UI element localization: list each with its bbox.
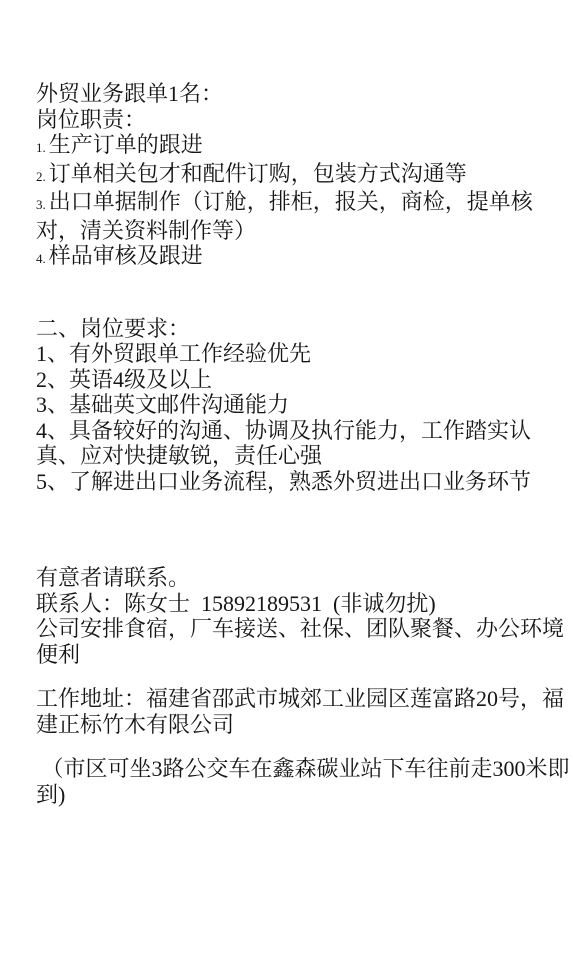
job-posting-document: 外贸业务跟单1名： 岗位职责： 1.生产订单的跟进 2.订单相关包才和配件订购，… — [0, 0, 573, 807]
list-number: 4. — [36, 251, 46, 266]
duty-line: 3.出口单据制作（订舱，排柜，报关，商检，提单核 — [36, 189, 545, 218]
duty-line: 2.订单相关包才和配件订购，包装方式沟通等 — [36, 161, 545, 190]
section-duties: 外贸业务跟单1名： 岗位职责： 1.生产订单的跟进 2.订单相关包才和配件订购，… — [36, 81, 545, 272]
duty-text: 生产订单的跟进 — [49, 132, 203, 157]
requirement-line: 4、具备较好的沟通、协调及执行能力，工作踏实认 — [36, 418, 545, 444]
section-transit-note: （市区可坐3路公交车在鑫森碳业站下车往前走300米即 到) — [36, 756, 545, 807]
requirement-line: 3、基础英文邮件沟通能力 — [36, 392, 545, 418]
requirements-heading: 二、岗位要求： — [36, 316, 545, 342]
requirement-line-continuation: 真、应对快捷敏锐，责任心强 — [36, 443, 545, 469]
transit-note-line: （市区可坐3路公交车在鑫森碳业站下车往前走300米即 — [36, 756, 545, 782]
requirement-line: 5、了解进出口业务流程，熟悉外贸进出口业务环节 — [36, 469, 545, 495]
requirement-line: 1、有外贸跟单工作经验优先 — [36, 341, 545, 367]
duty-text: 订单相关包才和配件订购，包装方式沟通等 — [49, 161, 467, 186]
duty-text: 出口单据制作（订舱，排柜，报关，商检，提单核 — [49, 189, 533, 214]
duties-label: 岗位职责： — [36, 107, 545, 133]
address-line: 工作地址：福建省邵武市城郊工业园区莲富路20号，福 — [36, 686, 545, 712]
benefits-line-continuation: 便利 — [36, 642, 545, 668]
list-number: 2. — [36, 169, 46, 184]
duty-text: 样品审核及跟进 — [49, 243, 203, 268]
address-line-continuation: 建正标竹木有限公司 — [36, 712, 545, 738]
requirement-line: 2、英语4级及以上 — [36, 367, 545, 393]
benefits-line: 公司安排食宿，厂车接送、社保、团队聚餐、办公环境 — [36, 616, 545, 642]
list-number: 1. — [36, 140, 46, 155]
list-number: 3. — [36, 197, 46, 212]
section-requirements: 二、岗位要求： 1、有外贸跟单工作经验优先 2、英语4级及以上 3、基础英文邮件… — [36, 316, 545, 495]
posting-title: 外贸业务跟单1名： — [36, 81, 545, 107]
duty-line-continuation: 对，清关资料制作等） — [36, 218, 545, 244]
section-address: 工作地址：福建省邵武市城郊工业园区莲富路20号，福 建正标竹木有限公司 — [36, 686, 545, 737]
contact-person: 联系人：陈女士 15892189531 (非诚勿扰) — [36, 591, 545, 617]
duty-line: 4.样品审核及跟进 — [36, 243, 545, 272]
duty-line: 1.生产订单的跟进 — [36, 132, 545, 161]
transit-note-continuation: 到) — [36, 782, 545, 808]
contact-intro: 有意者请联系。 — [36, 565, 545, 591]
section-contact: 有意者请联系。 联系人：陈女士 15892189531 (非诚勿扰) 公司安排食… — [36, 565, 545, 667]
duty-text: 对，清关资料制作等） — [36, 218, 256, 243]
